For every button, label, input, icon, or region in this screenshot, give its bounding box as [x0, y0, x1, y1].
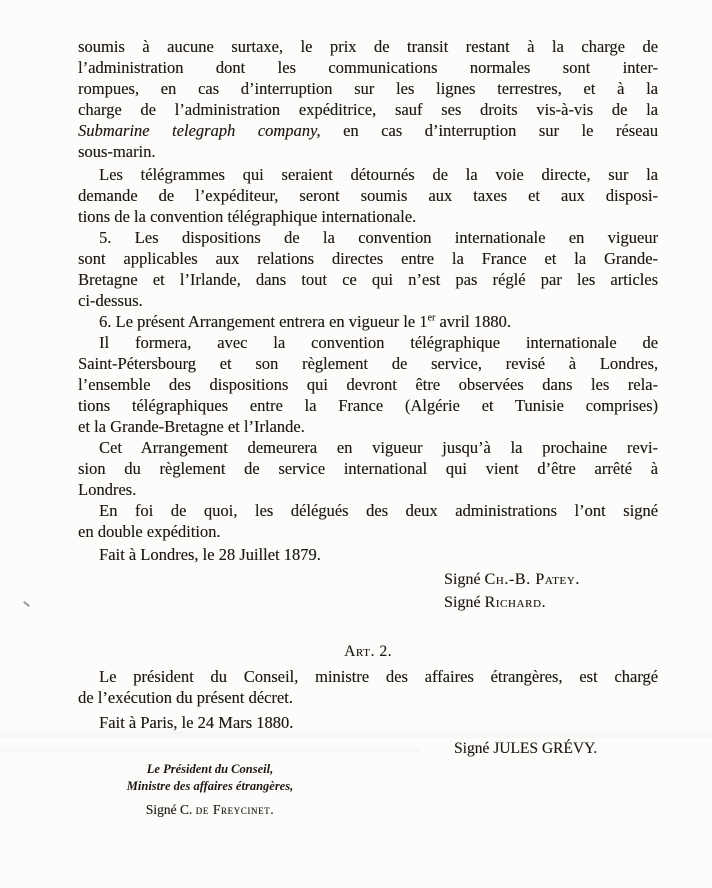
- signature-prefix: Signé: [444, 571, 484, 588]
- paragraph-duration: Cet Arrangement demeurera en vigueur jus…: [78, 437, 658, 500]
- article-label: Art.: [344, 643, 375, 660]
- text-line: Fait à Paris, le 24 Mars 1880.: [78, 712, 658, 733]
- text-line: et la Grande-Bretagne et l’Irlande.: [78, 416, 658, 437]
- signatory-name: Ch.-B. Patey.: [484, 571, 579, 588]
- text-line: ci-dessus.: [78, 290, 658, 311]
- text-segment: en cas d’interruption sur le réseau: [321, 121, 658, 140]
- text-line: 6. Le présent Arrangement entrera en vig…: [78, 311, 658, 332]
- dateline-paris: Fait à Paris, le 24 Mars 1880.: [78, 712, 658, 733]
- signature-prefix: Signé: [444, 594, 484, 611]
- text-line: tions de la convention télégraphique int…: [78, 206, 658, 227]
- document-page: soumis à aucune surtaxe, le prix de tran…: [0, 0, 712, 888]
- text-block: soumis à aucune surtaxe, le prix de tran…: [78, 36, 658, 819]
- text-line: en double expédition.: [78, 521, 658, 542]
- text-line: Bretagne et l’Irlande, dans tout ce qui …: [78, 269, 658, 290]
- paragraph-diverted-telegrams: Les télégrammes qui seraient détournés d…: [78, 164, 658, 227]
- text-line: Les télégrammes qui seraient détournés d…: [78, 164, 658, 185]
- text-line: tions télégraphiques entre la France (Al…: [78, 395, 658, 416]
- text-line: sion du règlement de service internation…: [78, 458, 658, 479]
- paragraph-article-5: 5. Les dispositions de la convention int…: [78, 227, 658, 311]
- paragraph-president-charge: Le président du Conseil, ministre des af…: [78, 666, 658, 708]
- article-number: 2.: [375, 643, 392, 660]
- signature-freycinet: Signé C. de Freycinet.: [78, 801, 342, 819]
- text-line: 5. Les dispositions de la convention int…: [78, 227, 658, 248]
- signatory-name: Richard.: [484, 594, 546, 611]
- dateline-london: Fait à Londres, le 28 Juillet 1879.: [78, 544, 658, 565]
- paragraph-transit-charges: soumis à aucune surtaxe, le prix de tran…: [78, 36, 658, 162]
- text-line: de l’exécution du présent décret.: [78, 687, 658, 708]
- text-line: Fait à Londres, le 28 Juillet 1879.: [78, 544, 658, 565]
- text-line: charge de l’administration expéditrice, …: [78, 99, 658, 120]
- text-segment: avril 1880.: [435, 312, 511, 331]
- text-line: sous-marin.: [78, 141, 658, 162]
- signature-richard: Signé Richard.: [444, 591, 658, 614]
- signatory-name: JULES GRÉVY.: [493, 740, 597, 757]
- countersigner-title: Le Président du Conseil, Ministre des af…: [78, 761, 342, 795]
- text-line: Submarine telegraph company, en cas d’in…: [78, 120, 658, 141]
- signatures-london: Signé Ch.-B. Patey. Signé Richard.: [444, 568, 658, 614]
- text-line: Il formera, avec la convention télégraph…: [78, 332, 658, 353]
- text-line: Londres.: [78, 479, 658, 500]
- paragraph-article-6: 6. Le présent Arrangement entrera en vig…: [78, 311, 658, 332]
- text-line: soumis à aucune surtaxe, le prix de tran…: [78, 36, 658, 57]
- text-line: l’administration dont les communications…: [78, 57, 658, 78]
- signatory-name: de Freycinet.: [196, 802, 275, 817]
- article-2-heading: Art. 2.: [78, 641, 658, 662]
- text-line: rompues, en cas d’interruption sur les l…: [78, 78, 658, 99]
- paragraph-il-formera: Il formera, avec la convention télégraph…: [78, 332, 658, 437]
- text-line: sont applicables aux relations directes …: [78, 248, 658, 269]
- text-segment: 6. Le présent Arrangement entrera en vig…: [99, 312, 428, 331]
- text-line: En foi de quoi, les délégués des deux ad…: [78, 500, 658, 521]
- title-line: Le Président du Conseil,: [78, 761, 342, 778]
- text-line: Le président du Conseil, ministre des af…: [78, 666, 658, 687]
- text-line: Saint-Pétersbourg et son règlement de se…: [78, 353, 658, 374]
- text-line: Cet Arrangement demeurera en vigueur jus…: [78, 437, 658, 458]
- signature-prefix: Signé: [454, 740, 493, 757]
- text-line: demande de l’expéditeur, seront soumis a…: [78, 185, 658, 206]
- company-name-italic: Submarine telegraph company,: [78, 121, 321, 140]
- text-line: l’ensemble des dispositions qui devront …: [78, 374, 658, 395]
- paragraph-en-foi-de-quoi: En foi de quoi, les délégués des deux ad…: [78, 500, 658, 542]
- title-line: Ministre des affaires étrangères,: [78, 778, 342, 795]
- signature-prefix: Signé C.: [146, 802, 196, 817]
- signature-grevy: Signé JULES GRÉVY.: [454, 738, 658, 759]
- scan-speck-artifact: [23, 601, 30, 607]
- signature-patey: Signé Ch.-B. Patey.: [444, 568, 658, 591]
